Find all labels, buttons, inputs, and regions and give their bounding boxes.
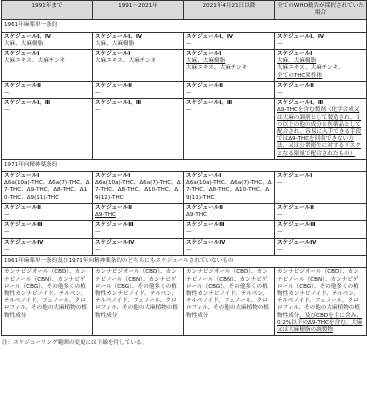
- substance-text: 大麻、大麻樹脂: [4, 41, 90, 48]
- table-row: スケジュールⅠΔ6a(10a)-THC、Δ6a(7)-THC、Δ7-THC、Δ9…: [2, 172, 367, 204]
- schedule-label: スケジュールⅠ: [95, 173, 181, 180]
- substance-text: Δ6a(10a)-THC、Δ6a(7)-THC、Δ7-THC、Δ8-THC、Δ1…: [95, 180, 181, 202]
- section-title: 1961年麻薬単一条約: [2, 20, 367, 32]
- table-cell: スケジュールⅡ—: [93, 81, 184, 98]
- schedule-label: スケジュールⅣ: [4, 240, 90, 247]
- footnote: 注：スケジューリング範囲の変更には下線を付している。: [2, 339, 367, 347]
- header-all-who-recommendations: 全てのWHO勧告が採択されていた場合: [275, 1, 367, 20]
- table-cell: スケジュールⅠ、ⅢΔ9-THCを含む製剤（化学合成又は大麻の調剤として製造され、…: [275, 99, 367, 160]
- substance-text: —: [4, 247, 90, 254]
- table-cell: スケジュールⅣ—: [93, 238, 184, 255]
- header-row: 1991年まで 1991～2021年 2021年4月21日以降 全てのWHO勧告…: [2, 1, 367, 20]
- substance-text: Δ6a(10a)-THC、Δ6a(7)-THC、Δ7-THC、Δ8-THC、Δ1…: [186, 180, 272, 202]
- table-cell: スケジュールⅠ、Ⅲ—: [93, 99, 184, 160]
- table-cell: スケジュールⅠ、Ⅳ—: [275, 32, 367, 49]
- substance-text: —: [4, 90, 90, 97]
- substance-text: —: [4, 212, 90, 219]
- substance-text: —: [277, 247, 364, 254]
- table-body: 1961年麻薬単一条約スケジュールⅠ、Ⅳ大麻、大麻樹脂スケジュールⅠ、Ⅳ大麻、大…: [2, 20, 367, 336]
- table-row: スケジュールⅣ—スケジュールⅣ—スケジュールⅣ—スケジュールⅣ—: [2, 238, 367, 255]
- table-row: スケジュールⅢ—スケジュールⅢ—スケジュールⅢ—スケジュールⅢ—: [2, 221, 367, 238]
- table-row: スケジュールⅡ—スケジュールⅡ—スケジュールⅡ—スケジュールⅡ—: [2, 81, 367, 98]
- substance-text: 大麻エキス、大麻チンキ: [4, 58, 90, 65]
- schedule-label: スケジュールⅡ: [186, 205, 272, 212]
- substance-text: —: [277, 229, 364, 236]
- table-row: スケジュールⅠ、Ⅳ大麻、大麻樹脂スケジュールⅠ、Ⅳ大麻、大麻樹脂スケジュールⅠ、…: [2, 32, 367, 49]
- table-cell: スケジュールⅠ大麻、大麻樹脂大麻エキス、大麻チンキ: [184, 50, 275, 82]
- substance-text: —: [95, 90, 181, 97]
- table-row: スケジュールⅠ、Ⅲ—スケジュールⅠ、Ⅲ—スケジュールⅠ、Ⅲ—スケジュールⅠ、ⅢΔ…: [2, 99, 367, 160]
- table-row: スケジュールⅡ—スケジュールⅡΔ9-THCスケジュールⅡΔ9-THCスケジュール…: [2, 203, 367, 220]
- table-cell: スケジュールⅠ、Ⅳ大麻、大麻樹脂: [2, 32, 93, 49]
- section-row: 1961年麻薬単一条約: [2, 20, 367, 32]
- substance-text: —: [186, 229, 272, 236]
- table-cell: スケジュールⅣ—: [2, 238, 93, 255]
- table-cell: スケジュールⅠ、Ⅳ—: [184, 32, 275, 49]
- table-cell: スケジュールⅠΔ6a(10a)-THC、Δ6a(7)-THC、Δ7-THC、Δ8…: [93, 172, 184, 204]
- schedule-label: スケジュールⅠ、Ⅳ: [277, 34, 364, 41]
- schedule-label: スケジュールⅡ: [186, 83, 272, 90]
- substance-text: —: [186, 90, 272, 97]
- header-after-2021-04-21: 2021年4月21日以降: [184, 1, 275, 20]
- schedule-label: スケジュールⅠ: [4, 173, 90, 180]
- table-cell: スケジュールⅢ—: [93, 221, 184, 238]
- table-cell: スケジュールⅣ—: [275, 238, 367, 255]
- substance-text: Δ9-THC: [186, 212, 272, 219]
- substance-text: —: [186, 247, 272, 254]
- schedule-label: スケジュールⅣ: [186, 240, 272, 247]
- schedule-label: スケジュールⅡ: [95, 83, 181, 90]
- changed-substance-text: Δ9-THCを含む製剤（化学合成又は大麻の調剤として製造され、１つ以上の他の成分…: [277, 107, 364, 157]
- schedule-label: スケジュールⅡ: [277, 83, 364, 90]
- schedule-label: スケジュールⅣ: [95, 240, 181, 247]
- table-cell: スケジュールⅡ—: [275, 81, 367, 98]
- table-row: スケジュールⅠ大麻エキス、大麻チンキスケジュールⅠ大麻エキス、大麻チンキスケジュ…: [2, 50, 367, 82]
- schedule-label: スケジュールⅠ: [186, 173, 272, 180]
- cannabis-scheduling-table: 1991年まで 1991～2021年 2021年4月21日以降 全てのWHO勧告…: [1, 0, 367, 336]
- substance-text: カンナビジオール（CBD）、カンナビノール（CBN）、カンナビゲロール（CBG）…: [277, 269, 360, 318]
- substance-text: —: [95, 107, 181, 114]
- schedule-label: スケジュールⅠ、Ⅲ: [95, 100, 181, 107]
- schedule-label: スケジュールⅡ: [4, 83, 90, 90]
- schedule-label: スケジュールⅡ: [4, 205, 90, 212]
- substance-text: —: [4, 229, 90, 236]
- substance-text: —: [277, 41, 364, 48]
- schedule-label: スケジュールⅠ、Ⅳ: [4, 34, 90, 41]
- substance-text: カンナビジオール（CBD）、カンナビノール（CBN）、カンナビゲロール（CBG）…: [186, 269, 269, 318]
- table-cell: カンナビジオール（CBD）、カンナビノール（CBN）、カンナビゲロール（CBG）…: [184, 268, 275, 336]
- table-cell: カンナビジオール（CBD）、カンナビノール（CBN）、カンナビゲロール（CBG）…: [93, 268, 184, 336]
- table-cell: スケジュールⅠ大麻、大麻樹脂大麻エキス、大麻チンキ、全てのTHC異性体: [275, 50, 367, 82]
- section-row: 1961年麻薬単一条約及び1971年向精神薬条約のどちらにもスケジュールされてい…: [2, 256, 367, 268]
- table-cell: スケジュールⅠ、Ⅳ大麻、大麻樹脂: [93, 32, 184, 49]
- section-title: 1961年麻薬単一条約及び1971年向精神薬条約のどちらにもスケジュールされてい…: [2, 256, 367, 268]
- substance-text: —: [4, 107, 90, 114]
- table-cell: カンナビジオール（CBD）、カンナビノール（CBN）、カンナビゲロール（CBG）…: [2, 268, 93, 336]
- table-cell: スケジュールⅡ—: [2, 81, 93, 98]
- substance-text: カンナビジオール（CBD）、カンナビノール（CBN）、カンナビゲロール（CBG）…: [4, 269, 87, 318]
- schedule-label: スケジュールⅡ: [277, 205, 364, 212]
- section-row: 1971年向精神薬条約: [2, 159, 367, 171]
- schedule-label: スケジュールⅠ、Ⅲ: [186, 100, 272, 107]
- table-cell: スケジュールⅢ—: [275, 221, 367, 238]
- substance-text: —: [95, 247, 181, 254]
- table-cell: スケジュールⅡΔ9-THC: [184, 203, 275, 220]
- substance-text: 大麻エキス、大麻チンキ、: [277, 65, 364, 72]
- table-cell: スケジュールⅠ、Ⅲ—: [184, 99, 275, 160]
- substance-text: —: [95, 229, 181, 236]
- table-cell: スケジュールⅠΔ6a(10a)-THC、Δ6a(7)-THC、Δ7-THC、Δ8…: [184, 172, 275, 204]
- changed-substance-text: Δ9-THC: [95, 212, 181, 219]
- schedule-label: スケジュールⅢ: [95, 222, 181, 229]
- schedule-label: スケジュールⅠ、Ⅳ: [186, 34, 272, 41]
- substance-text: —: [277, 212, 364, 219]
- table-cell: スケジュールⅡ—: [184, 81, 275, 98]
- substance-text: 大麻、大麻樹脂: [95, 41, 181, 48]
- table-cell: スケジュールⅡ—: [2, 203, 93, 220]
- schedule-label: スケジュールⅠ: [277, 173, 364, 180]
- substance-text: カンナビジオール（CBD）、カンナビノール（CBN）、カンナビゲロール（CBG）…: [95, 269, 178, 318]
- table-row: カンナビジオール（CBD）、カンナビノール（CBN）、カンナビゲロール（CBG）…: [2, 268, 367, 336]
- schedule-label: スケジュールⅢ: [4, 222, 90, 229]
- header-until-1991: 1991年まで: [2, 1, 93, 20]
- table-cell: スケジュールⅠ大麻エキス、大麻チンキ: [2, 50, 93, 82]
- substance-text: 大麻エキス、大麻チンキ: [186, 65, 272, 72]
- schedule-label: スケジュールⅠ、Ⅲ: [4, 100, 90, 107]
- table-cell: スケジュールⅢ—: [2, 221, 93, 238]
- schedule-label: スケジュールⅠ、Ⅳ: [95, 34, 181, 41]
- table-cell: スケジュールⅠ大麻エキス、大麻チンキ: [93, 50, 184, 82]
- substance-text: —: [186, 107, 272, 114]
- schedule-label: スケジュールⅡ: [95, 205, 181, 212]
- schedule-label: スケジュールⅢ: [277, 222, 364, 229]
- schedule-label: スケジュールⅢ: [186, 222, 272, 229]
- table-cell: スケジュールⅠ、Ⅲ—: [2, 99, 93, 160]
- table-cell: スケジュールⅠ—: [275, 172, 367, 204]
- substance-text: —: [277, 180, 364, 187]
- substance-text: 大麻エキス、大麻チンキ: [95, 58, 181, 65]
- schedule-label: スケジュールⅣ: [277, 240, 364, 247]
- substance-text: —: [277, 90, 364, 97]
- table-cell: スケジュールⅣ—: [184, 238, 275, 255]
- substance-text: Δ6a(10a)-THC、Δ6a(7)-THC、Δ7-THC、Δ9-THC、Δ8…: [4, 180, 90, 202]
- changed-substance-text: 全てのTHC異性体: [277, 73, 364, 80]
- substance-text: —: [186, 41, 272, 48]
- header-1991-2021: 1991～2021年: [93, 1, 184, 20]
- section-title: 1971年向精神薬条約: [2, 159, 367, 171]
- table-cell: スケジュールⅡΔ9-THC: [93, 203, 184, 220]
- table-cell: カンナビジオール（CBD）、カンナビノール（CBN）、カンナビゲロール（CBG）…: [275, 268, 367, 336]
- table-cell: スケジュールⅠΔ6a(10a)-THC、Δ6a(7)-THC、Δ7-THC、Δ9…: [2, 172, 93, 204]
- table-cell: スケジュールⅡ—: [275, 203, 367, 220]
- table-cell: スケジュールⅢ—: [184, 221, 275, 238]
